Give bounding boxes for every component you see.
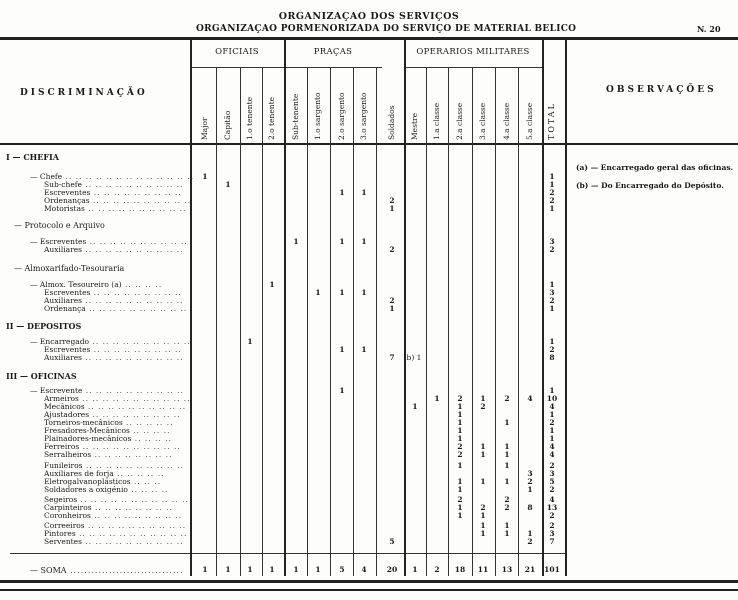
soma-rule-cols bbox=[190, 553, 565, 554]
cell-value: 4 bbox=[544, 450, 560, 459]
cell-value: 2 bbox=[499, 394, 515, 403]
column-header: 2.o sargento bbox=[337, 70, 346, 140]
cell-value: 2 bbox=[452, 450, 468, 459]
dot-leader: .. .. .. .. .. .. .. .. .. .. bbox=[82, 245, 184, 254]
column-divider bbox=[426, 67, 427, 576]
cell-value: 1 bbox=[544, 304, 560, 313]
cell-value: 1 bbox=[475, 450, 491, 459]
soma-value: 1 bbox=[310, 565, 326, 574]
column-header: Sub-tenente bbox=[291, 70, 300, 140]
row-text: Soldadores a oxigénio bbox=[44, 485, 128, 494]
cell-value: 8 bbox=[522, 503, 538, 512]
section-chefia: I — CHEFIA bbox=[6, 152, 59, 162]
column-header: 3.o sargento bbox=[359, 70, 368, 140]
cell-value: 1 bbox=[334, 386, 350, 395]
column-divider bbox=[330, 67, 331, 576]
cell-value: 2 bbox=[475, 402, 491, 411]
column-header: 1.o sargento bbox=[313, 70, 322, 140]
group-divider bbox=[404, 67, 542, 68]
cell-value: 1 bbox=[499, 450, 515, 459]
column-divider bbox=[376, 67, 377, 576]
cell-value: 4 bbox=[522, 394, 538, 403]
cell-value: 1 bbox=[499, 461, 515, 470]
column-divider bbox=[448, 67, 449, 576]
header-bottom-rule bbox=[0, 143, 738, 145]
cell-value: 2 bbox=[544, 245, 560, 254]
cell-value: 1 bbox=[544, 204, 560, 213]
group-oficiais: OFICIAIS bbox=[190, 47, 284, 57]
page-reference: N. 20 bbox=[697, 24, 721, 34]
cell-value: 1 bbox=[475, 511, 491, 520]
soma-value: 18 bbox=[452, 565, 468, 574]
column-header: 4.a classe bbox=[502, 70, 511, 140]
soma-value: 1 bbox=[242, 565, 258, 574]
cell-value: 1 bbox=[522, 485, 538, 494]
row-label: Coronheiros .. .. .. .. .. .. .. .. .. bbox=[44, 511, 182, 520]
column-divider bbox=[518, 67, 519, 576]
cell-value: 1 bbox=[475, 529, 491, 538]
cell-value: 1 bbox=[334, 288, 350, 297]
cell-value: 1 bbox=[356, 237, 372, 246]
section-protocolo: — Protocolo e Arquivo bbox=[14, 221, 105, 230]
column-header: Major bbox=[200, 70, 209, 140]
document-title: ORGANIZAÇAO DOS SERVIÇOS bbox=[0, 11, 738, 22]
soma-value: 101 bbox=[544, 565, 560, 574]
column-divider bbox=[404, 40, 406, 576]
document-subtitle: ORGANIZAÇAO PORMENORIZADA DO SERVIÇO DE … bbox=[196, 24, 576, 34]
column-header: 2.o tenente bbox=[267, 70, 276, 140]
column-divider bbox=[472, 67, 473, 576]
column-header: Mestre bbox=[410, 70, 419, 140]
column-divider bbox=[240, 67, 241, 576]
cell-value: 2 bbox=[544, 485, 560, 494]
soma-value: 13 bbox=[499, 565, 515, 574]
column-divider bbox=[190, 40, 192, 576]
column-divider bbox=[495, 67, 496, 576]
cell-value: 1 bbox=[452, 461, 468, 470]
soma-value: 1 bbox=[197, 565, 213, 574]
note-b: (b) — Do Encarregado do Depósito. bbox=[576, 181, 724, 190]
cell-value: 1 bbox=[264, 280, 280, 289]
column-header: 3.a classe bbox=[478, 70, 487, 140]
dot-leader: .. .. .. .. .. .. .. .. .. .. bbox=[86, 304, 188, 313]
dot-leader: .. .. .. .. .. .. .. .. .. .. bbox=[82, 537, 184, 546]
row-text: Coronheiros bbox=[44, 511, 91, 520]
dot-leader: ................................ bbox=[67, 566, 184, 575]
cell-value: 1 bbox=[429, 394, 445, 403]
row-label: Auxiliares .. .. .. .. .. .. .. .. .. .. bbox=[44, 245, 184, 254]
cell-value: 1 bbox=[288, 237, 304, 246]
soma-value: 21 bbox=[522, 565, 538, 574]
bottom-rule bbox=[0, 580, 738, 583]
soma-value: 1 bbox=[407, 565, 423, 574]
section-depositos: II — DEPOSITOS bbox=[6, 321, 81, 331]
cell-value: 1 bbox=[242, 337, 258, 346]
cell-value: 1 bbox=[356, 345, 372, 354]
cell-value: b) 1 bbox=[403, 353, 425, 362]
cell-value: 1 bbox=[384, 204, 400, 213]
cell-value: 2 bbox=[384, 245, 400, 254]
cell-value: 1 bbox=[452, 485, 468, 494]
cell-value: 5 bbox=[384, 537, 400, 546]
section-almoxarifado: — Almoxarifado-Tesouraria bbox=[14, 264, 124, 273]
soma-value: 2 bbox=[429, 565, 445, 574]
soma-value: 1 bbox=[264, 565, 280, 574]
cell-value: 1 bbox=[356, 188, 372, 197]
cell-value: 1 bbox=[452, 511, 468, 520]
row-text: Serventes bbox=[44, 537, 82, 546]
row-label: Serralheiros .. .. .. .. .. .. .. .. bbox=[44, 450, 172, 459]
dot-leader: .. .. .. .. .. .. .. .. .. .. bbox=[82, 353, 184, 362]
column-divider bbox=[284, 40, 286, 576]
cell-value: 1 bbox=[220, 180, 236, 189]
cell-value: 1 bbox=[197, 172, 213, 181]
dot-leader: .. .. .. .. bbox=[128, 485, 169, 494]
cell-value: 7 bbox=[544, 537, 560, 546]
row-label: Serventes .. .. .. .. .. .. .. .. .. .. bbox=[44, 537, 184, 546]
row-label: Soldadores a oxigénio .. .. .. .. bbox=[44, 485, 169, 494]
column-divider bbox=[565, 40, 567, 576]
cell-value: 2 bbox=[544, 511, 560, 520]
cell-value: 1 bbox=[407, 402, 423, 411]
cell-value: 1 bbox=[334, 237, 350, 246]
column-header: 1.a classe bbox=[432, 70, 441, 140]
group-pracas: PRAÇAS bbox=[284, 47, 382, 57]
row-label: Auxiliares .. .. .. .. .. .. .. .. .. .. bbox=[44, 353, 184, 362]
group-divider bbox=[284, 67, 382, 68]
cell-value: 1 bbox=[384, 304, 400, 313]
column-header: Capitão bbox=[223, 70, 232, 140]
soma-label: — SOMA bbox=[30, 566, 67, 575]
group-divider bbox=[190, 67, 284, 68]
row-text: Serralheiros bbox=[44, 450, 91, 459]
bottom-rule-2 bbox=[0, 589, 738, 591]
column-divider bbox=[262, 67, 263, 576]
cell-value: 1 bbox=[499, 529, 515, 538]
dot-leader: .. .. .. .. .. .. .. .. .. .. bbox=[85, 204, 187, 213]
top-rule bbox=[0, 37, 738, 40]
soma-value: 5 bbox=[334, 565, 350, 574]
cell-value: 2 bbox=[522, 537, 538, 546]
row-text: Auxiliares bbox=[44, 245, 82, 254]
dot-leader: .. .. .. .. .. .. .. .. bbox=[91, 450, 172, 459]
column-header: Soldados bbox=[387, 70, 396, 140]
column-header: TOTAL bbox=[547, 70, 556, 140]
soma-value: 4 bbox=[356, 565, 372, 574]
cell-value: 1 bbox=[499, 477, 515, 486]
observations-header: OBSERVAÇÕES bbox=[606, 85, 717, 95]
note-a: (a) — Encarregado geral das oficinas. bbox=[576, 163, 733, 172]
section-oficinas: III — OFICINAS bbox=[6, 371, 77, 381]
cell-value: 1 bbox=[310, 288, 326, 297]
soma-value: 11 bbox=[475, 565, 491, 574]
cell-value: 8 bbox=[544, 353, 560, 362]
soma-value: 1 bbox=[220, 565, 236, 574]
soma-rule bbox=[10, 553, 190, 554]
cell-value: 1 bbox=[356, 288, 372, 297]
cell-value: 7 bbox=[384, 353, 400, 362]
column-divider bbox=[307, 67, 308, 576]
cell-value: 1 bbox=[499, 418, 515, 427]
row-label: Motoristas .. .. .. .. .. .. .. .. .. .. bbox=[44, 204, 186, 213]
soma-value: 20 bbox=[384, 565, 400, 574]
row-text: Auxiliares bbox=[44, 353, 82, 362]
soma-value: 1 bbox=[288, 565, 304, 574]
column-header: 1.o tenente bbox=[245, 70, 254, 140]
soma-row-label: — SOMA ................................ bbox=[30, 566, 183, 575]
row-label: Ordenança .. .. .. .. .. .. .. .. .. .. bbox=[44, 304, 187, 313]
dot-leader: .. .. .. .. .. .. .. .. .. bbox=[91, 511, 182, 520]
row-header: DISCRIMINAÇÃO bbox=[20, 88, 148, 98]
cell-value: 1 bbox=[475, 477, 491, 486]
column-divider bbox=[216, 67, 217, 576]
row-text: Motoristas bbox=[44, 204, 85, 213]
cell-value: 1 bbox=[334, 345, 350, 354]
cell-value: 1 bbox=[334, 188, 350, 197]
document-page: ORGANIZAÇAO DOS SERVIÇOS ORGANIZAÇAO POR… bbox=[0, 0, 738, 600]
group-operarios: OPERARIOS MILITARES bbox=[404, 47, 542, 57]
column-header: 5.a classe bbox=[525, 70, 534, 140]
cell-value: 2 bbox=[499, 503, 515, 512]
column-divider bbox=[353, 67, 354, 576]
row-text: Ordenança bbox=[44, 304, 86, 313]
column-header: 2.a classe bbox=[455, 70, 464, 140]
